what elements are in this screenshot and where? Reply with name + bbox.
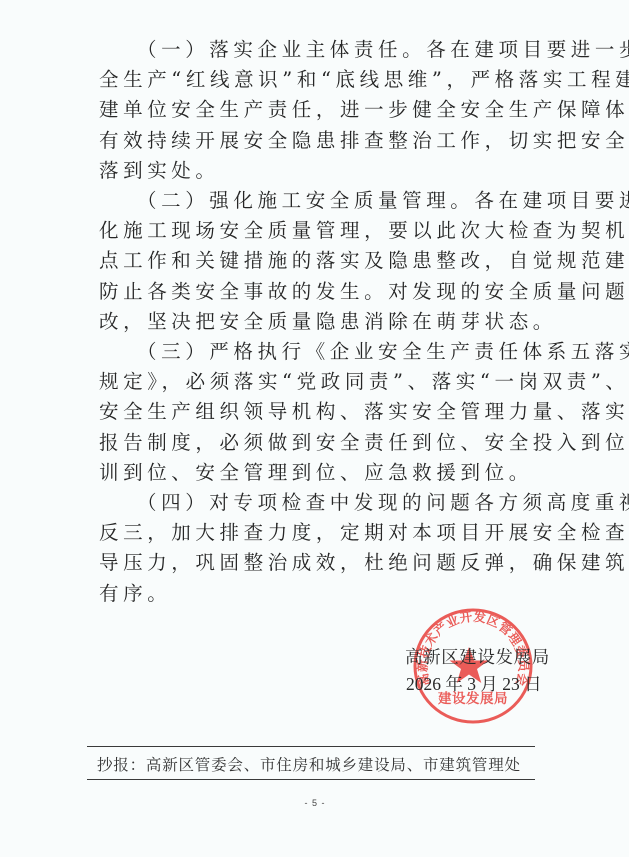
text-line: 防止各类安全事故的发生。对发现的安全质量问题要及时整 bbox=[99, 277, 539, 307]
text-line: 有序。 bbox=[99, 579, 539, 609]
issue-date: 2026 年 3 月 23 日 bbox=[406, 671, 542, 696]
text-line: 有效持续开展安全隐患排查整治工作，切实把安全生产工作 bbox=[99, 126, 539, 156]
text-line: 全生产“红线意识”和“底线思维”，严格落实工程建设参 bbox=[99, 65, 539, 95]
text-line: 训到位、安全管理到位、应急救援到位。 bbox=[99, 458, 539, 488]
document-body: （一）落实企业主体责任。各在建项目要进一步强化安 全生产“红线意识”和“底线思维… bbox=[99, 35, 539, 609]
text-line: 安全生产组织领导机构、落实安全管理力量、落实安全生产 bbox=[99, 397, 539, 427]
text-line: 反三，加大排查力度，定期对本项目开展安全检查，持续传 bbox=[99, 518, 539, 548]
cc-recipients: 抄报：高新区管委会、市住房和城乡建设局、市建筑管理处 bbox=[97, 753, 521, 775]
text-line: 建单位安全生产责任，进一步健全安全生产保障体系，扎实 bbox=[99, 95, 539, 125]
issuing-organization: 高新区建设发展局 bbox=[405, 644, 550, 669]
document-page: （一）落实企业主体责任。各在建项目要进一步强化安 全生产“红线意识”和“底线思维… bbox=[0, 0, 629, 857]
text-line: 点工作和关键措施的落实及隐患整改，自觉规范建设行为， bbox=[99, 246, 539, 276]
text-line: 规定》，必须落实“党政同责”、落实“一岗双责”、落实 bbox=[99, 367, 539, 397]
text-line: 落到实处。 bbox=[99, 156, 539, 186]
text-line: 改，坚决把安全质量隐患消除在萌芽状态。 bbox=[99, 307, 539, 337]
paragraph-2: （二）强化施工安全质量管理。各在建项目要进一步强 化施工现场安全质量管理，要以此… bbox=[99, 186, 539, 337]
text-line: 报告制度，必须做到安全责任到位、安全投入到位、安全培 bbox=[99, 428, 539, 458]
paragraph-3: （三）严格执行《企业安全生产责任体系五落实五到位 规定》，必须落实“党政同责”、… bbox=[99, 337, 539, 488]
paragraph-1: （一）落实企业主体责任。各在建项目要进一步强化安 全生产“红线意识”和“底线思维… bbox=[99, 35, 539, 186]
page-number: - 5 - bbox=[300, 798, 330, 808]
cc-section: 抄报：高新区管委会、市住房和城乡建设局、市建筑管理处 bbox=[87, 746, 535, 780]
text-line: （二）强化施工安全质量管理。各在建项目要进一步强 bbox=[99, 186, 539, 216]
text-line: （三）严格执行《企业安全生产责任体系五落实五到位 bbox=[99, 337, 539, 367]
text-line: 导压力，巩固整治成效，杜绝问题反弹，确保建筑施工规范 bbox=[99, 548, 539, 578]
paragraph-4: （四）对专项检查中发现的问题各方须高度重视，举一 反三，加大排查力度，定期对本项… bbox=[99, 488, 539, 609]
text-line: （四）对专项检查中发现的问题各方须高度重视，举一 bbox=[99, 488, 539, 518]
text-line: （一）落实企业主体责任。各在建项目要进一步强化安 bbox=[99, 35, 539, 65]
text-line: 化施工现场安全质量管理，要以此次大检查为契机，狠抓重 bbox=[99, 216, 539, 246]
